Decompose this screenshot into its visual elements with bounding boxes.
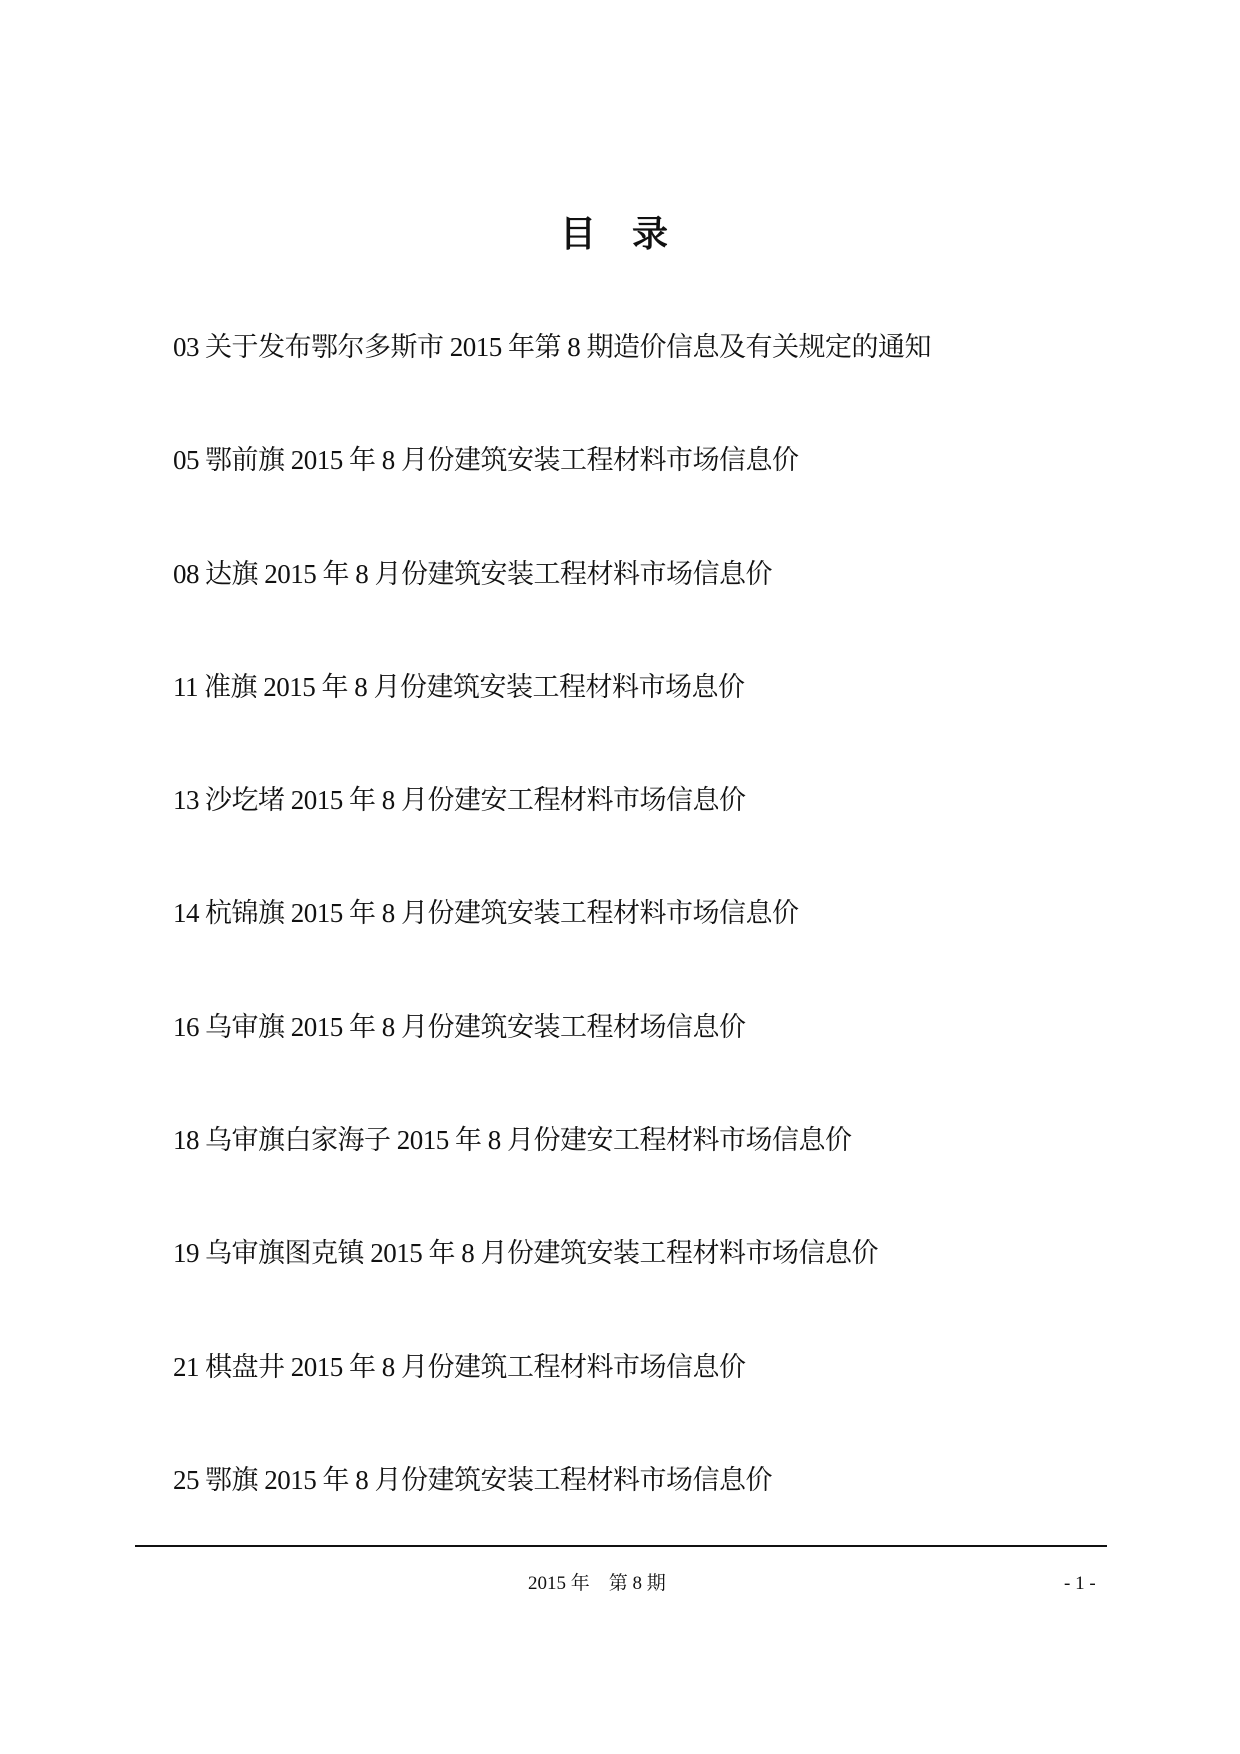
toc-page-number: 16 bbox=[173, 1007, 199, 1047]
toc-page-number: 18 bbox=[173, 1120, 199, 1160]
toc-entry: 21棋盘井 2015 年 8 月份建筑工程材料市场信息价 bbox=[173, 1347, 1133, 1460]
page-title: 目 录 bbox=[0, 212, 1228, 256]
toc-entry-title: 乌审旗图克镇 2015 年 8 月份建筑安装工程材料市场信息价 bbox=[205, 1238, 878, 1268]
toc-entry-title: 鄂前旗 2015 年 8 月份建筑安装工程材料市场信息价 bbox=[205, 445, 799, 475]
toc-page-number: 14 bbox=[173, 893, 199, 933]
toc-entry-title: 杭锦旗 2015 年 8 月份建筑安装工程材料市场信息价 bbox=[205, 898, 799, 928]
toc-entry: 19乌审旗图克镇 2015 年 8 月份建筑安装工程材料市场信息价 bbox=[173, 1233, 1133, 1346]
toc-entry: 16乌审旗 2015 年 8 月份建筑安装工程材场信息价 bbox=[173, 1007, 1133, 1120]
toc-entry-title: 棋盘井 2015 年 8 月份建筑工程材料市场信息价 bbox=[205, 1352, 746, 1382]
toc-page-number: 25 bbox=[173, 1460, 199, 1500]
footer-divider bbox=[135, 1545, 1107, 1547]
toc-entry-title: 乌审旗白家海子 2015 年 8 月份建安工程材料市场信息价 bbox=[205, 1125, 852, 1155]
toc-entry: 18乌审旗白家海子 2015 年 8 月份建安工程材料市场信息价 bbox=[173, 1120, 1133, 1233]
document-page: 目 录 03关于发布鄂尔多斯市 2015 年第 8 期造价信息及有关规定的通知 … bbox=[0, 0, 1240, 1754]
toc-page-number: 13 bbox=[173, 780, 199, 820]
toc-entry-title: 乌审旗 2015 年 8 月份建筑安装工程材场信息价 bbox=[205, 1012, 746, 1042]
toc-entry: 25鄂旗 2015 年 8 月份建筑安装工程材料市场信息价 bbox=[173, 1460, 1133, 1573]
toc-entry: 11准旗 2015 年 8 月份建筑安装工程材料市场息价 bbox=[173, 667, 1133, 780]
toc-entry: 13沙圪堵 2015 年 8 月份建安工程材料市场信息价 bbox=[173, 780, 1133, 893]
toc-page-number: 21 bbox=[173, 1347, 199, 1387]
toc-page-number: 11 bbox=[173, 667, 198, 707]
footer-page-number: - 1 - bbox=[1064, 1571, 1096, 1597]
toc-entry-title: 鄂旗 2015 年 8 月份建筑安装工程材料市场信息价 bbox=[205, 1465, 772, 1495]
table-of-contents: 03关于发布鄂尔多斯市 2015 年第 8 期造价信息及有关规定的通知 05鄂前… bbox=[173, 327, 1133, 1573]
toc-entry-title: 关于发布鄂尔多斯市 2015 年第 8 期造价信息及有关规定的通知 bbox=[205, 332, 931, 362]
toc-entry: 08达旗 2015 年 8 月份建筑安装工程材料市场信息价 bbox=[173, 554, 1133, 667]
toc-entry-title: 达旗 2015 年 8 月份建筑安装工程材料市场信息价 bbox=[205, 559, 772, 589]
toc-page-number: 19 bbox=[173, 1233, 199, 1273]
toc-entry-title: 沙圪堵 2015 年 8 月份建安工程材料市场信息价 bbox=[205, 785, 746, 815]
footer-issue-label: 2015 年 第 8 期 bbox=[528, 1571, 666, 1597]
toc-page-number: 03 bbox=[173, 327, 199, 367]
toc-page-number: 05 bbox=[173, 440, 199, 480]
toc-entry: 03关于发布鄂尔多斯市 2015 年第 8 期造价信息及有关规定的通知 bbox=[173, 327, 1133, 440]
toc-page-number: 08 bbox=[173, 554, 199, 594]
toc-entry: 14杭锦旗 2015 年 8 月份建筑安装工程材料市场信息价 bbox=[173, 893, 1133, 1006]
toc-entry-title: 准旗 2015 年 8 月份建筑安装工程材料市场息价 bbox=[204, 672, 745, 702]
toc-entry: 05鄂前旗 2015 年 8 月份建筑安装工程材料市场信息价 bbox=[173, 440, 1133, 553]
